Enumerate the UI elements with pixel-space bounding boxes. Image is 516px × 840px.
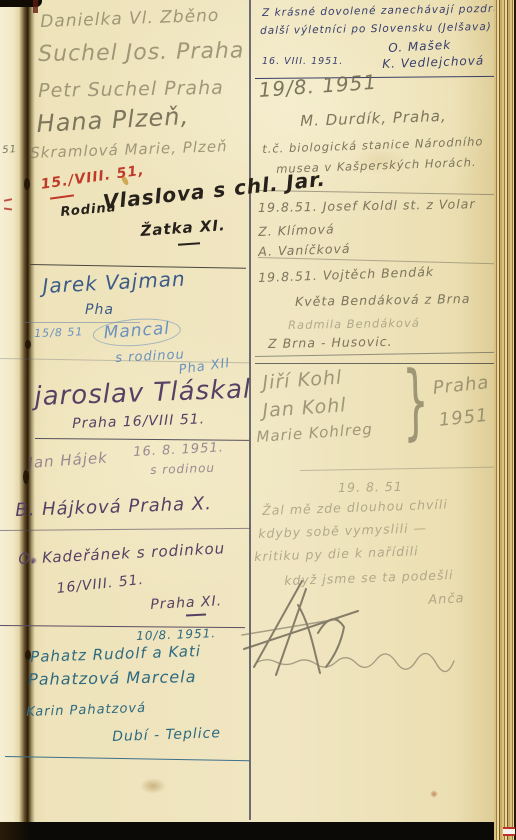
entry-date: 19/8. 1951 (258, 72, 378, 100)
signature-line: Z Brna - Husovic. (268, 336, 393, 351)
bottom-table-shadow (0, 822, 516, 840)
binding-gutter (19, 0, 35, 824)
corner-watermark (503, 827, 515, 836)
signature-line: musea v Kašperských Horách. (276, 157, 477, 175)
signature-line: K. Vedlejchová (382, 54, 484, 70)
signature-line: Pha XII (178, 357, 231, 377)
signature-line: Jan Hájek (28, 450, 108, 471)
signature-line: Pha (85, 303, 114, 317)
signature-line: M. Durdík, Praha, (300, 109, 447, 129)
signature-line: Jarek Vajman (42, 269, 186, 296)
signature-line: jaroslav Tláskal (34, 376, 252, 410)
entry-date: 10/8. 1951. (136, 627, 216, 642)
signature-line: Jan Kohl (262, 396, 347, 421)
verse-line: kdyby sobě vymyslili — (258, 522, 427, 540)
signature-line: 19.8.51. Vojtěch Bendák (258, 266, 434, 285)
signature-line: Danielka Vl. Zběno (40, 8, 220, 31)
signature-line: Praha 16/VIII 51. (72, 412, 205, 431)
entry-separator-line (0, 528, 250, 531)
signature-line: Jiří Kohl (262, 368, 343, 393)
top-red-mark (33, 0, 38, 13)
signature-line: Pahatzová Marcela (28, 669, 197, 688)
entry-separator-line (255, 363, 514, 364)
signature-line: Pahatz Rudolf a Kati (30, 644, 201, 665)
verse-line: Žal mě zde dlouhou chvíli (262, 499, 448, 518)
signature-line: B. Hájková Praha X. (15, 495, 212, 520)
signature-line: Suchel Jos. Praha (38, 40, 245, 66)
signature-line: A. Vaníčková (258, 243, 351, 259)
signature-line: O. Mašek (388, 39, 451, 54)
signature-line: Radmila Bendáková (288, 318, 420, 332)
dedication-line: Z krásné dovolené zanechávají pozdrav (262, 4, 508, 19)
entry-separator-line (300, 466, 510, 471)
signature-line: Praha XI. (150, 594, 222, 612)
binding-blob (23, 470, 29, 484)
guestbook-page: 51 Danielka Vl. Zběno Suchel Jos. Praha … (0, 0, 516, 840)
signature-place: Praha (432, 374, 490, 398)
signature-line: Skramlová Marie, Plzeň (30, 139, 228, 161)
verse-line: kritiku py die k nařídili (254, 545, 419, 563)
signature-line: Petr Suchel Praha (38, 79, 224, 101)
entry-date: 16. 8. 1951. (133, 441, 224, 459)
signature-underline (186, 613, 206, 616)
entry-date: 16. VIII. 1951. (262, 57, 343, 67)
signature-line: Dubí - Teplice (112, 726, 221, 744)
signature-line: Hana Plzeň, (36, 104, 190, 136)
date-underline (50, 194, 74, 199)
signature-line: Květa Bendáková z Brna (295, 293, 471, 309)
signature-line: t.č. biologická stanice Národního (262, 136, 484, 155)
previous-page-sliver (0, 0, 19, 824)
dedication-line: další výletníci po Slovensku (Jelšava) (260, 22, 492, 37)
book-fore-edge (494, 0, 516, 840)
scrawl-signature (240, 575, 500, 700)
entry-separator-line (255, 352, 510, 357)
signature-year: 1951 (438, 407, 489, 430)
signature-line: Z. Klímová (258, 223, 335, 238)
signature-line: Žatka XI. (140, 218, 226, 239)
signature-underline (178, 242, 200, 246)
entry-date: 19. 8. 51 (338, 481, 403, 495)
signature-line: s rodinou (115, 348, 185, 365)
binding-blob (24, 178, 30, 190)
entry-date: 16/VIII. 51. (56, 573, 145, 596)
signature-line: Marie Kohlreg (256, 422, 373, 445)
signature-line: Karin Pahatzová (26, 702, 146, 719)
entry-date: 15/8 51 (34, 326, 84, 339)
paper-stain (430, 790, 438, 798)
paper-stain (140, 778, 166, 794)
signature-line: O. Kadeřánek s rodinkou (18, 541, 226, 567)
entry-separator-line (258, 257, 514, 265)
signature-line: Mancal (92, 316, 182, 349)
signature-line: s rodinou (150, 462, 215, 476)
margin-page-number: 51 (2, 145, 17, 156)
signature-line: 19.8.51. Josef Koldl st. z Volar (258, 198, 476, 214)
entry-separator-line (5, 756, 250, 761)
binding-blob (25, 340, 31, 349)
group-brace: } (402, 360, 430, 444)
